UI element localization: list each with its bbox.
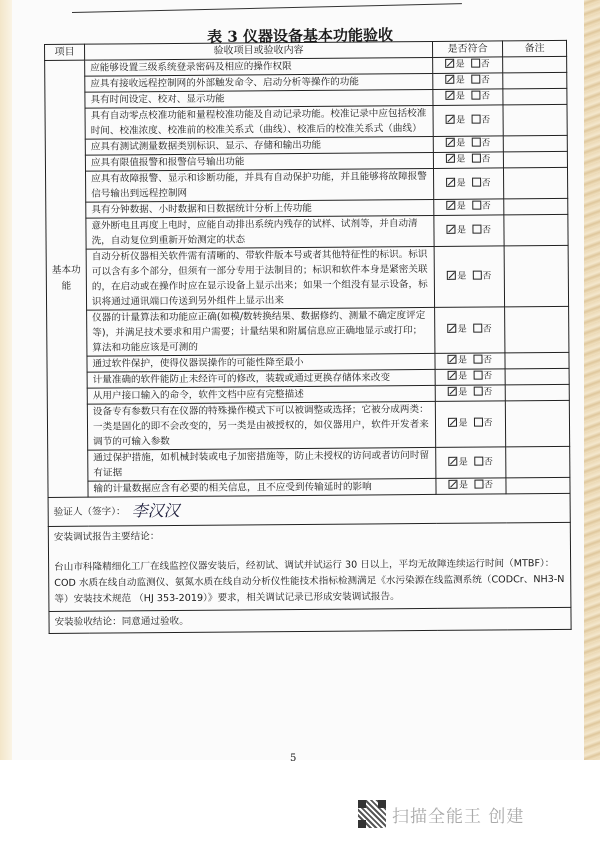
remarks-cell (505, 368, 569, 385)
compliance-cell: 是否 (435, 353, 505, 370)
verifier-label: 验证人（签字）： (54, 506, 126, 518)
yes-checkbox[interactable] (448, 324, 457, 333)
acceptance-conclusion: 安装验收结论：同意通过验收。 (49, 607, 571, 633)
remarks-cell (506, 446, 570, 478)
no-checkbox[interactable] (474, 456, 483, 465)
remarks-cell (503, 151, 567, 168)
no-checkbox[interactable] (473, 324, 482, 333)
no-label: 否 (483, 324, 492, 334)
no-checkbox[interactable] (473, 355, 482, 364)
acceptance-row: 安装验收结论：同意通过验收。 (49, 607, 571, 633)
scanner-watermark: 扫描全能王 创建 (358, 800, 524, 828)
requirement-text: 具有自动零点校准功能和量程校准功能及自动记录功能。校准记录中应包括校准时间、校准… (85, 105, 433, 139)
qr-code-icon (358, 800, 386, 828)
no-label: 否 (481, 60, 490, 70)
no-label: 否 (483, 355, 492, 365)
yes-checkbox[interactable] (446, 114, 455, 123)
no-checkbox[interactable] (473, 418, 482, 427)
yes-label: 是 (456, 155, 465, 165)
no-label: 否 (481, 91, 490, 101)
yes-label: 是 (456, 76, 465, 86)
remarks-cell (505, 306, 569, 353)
table-row: 应具有故障报警、显示和诊断功能，并具有自动保护功能，并且能够将故障报警信号输出到… (46, 167, 568, 202)
conclusion-row: 安装调试报告主要结论： 台山市科隆精细化工厂在线监控仪器安装后，经初试、调试并试… (48, 522, 571, 611)
remarks-cell (505, 384, 569, 401)
no-label: 否 (481, 138, 490, 148)
yes-label: 是 (459, 457, 468, 467)
no-label: 否 (482, 271, 491, 281)
verifier-signature: 李汉汉 (132, 501, 180, 520)
yes-checkbox[interactable] (447, 224, 456, 233)
table-body: 基本功能应能够设置三级系统登录密码及相应的操作权限是否应具有接收远程控制网的外部… (45, 56, 570, 497)
no-checkbox[interactable] (472, 270, 481, 279)
no-checkbox[interactable] (471, 91, 480, 100)
remarks-cell (505, 400, 569, 447)
conclusion-body: 台山市科隆精细化工厂在线监控仪器安装后，经初试、调试并试运行 30 日以上，平均… (54, 556, 565, 608)
compliance-cell: 是否 (436, 447, 506, 479)
remarks-cell (504, 198, 568, 215)
no-label: 否 (482, 225, 491, 235)
compliance-cell: 是否 (436, 478, 506, 495)
no-label: 否 (481, 115, 490, 125)
requirement-text: 仪器的计量算法和功能应正确(如模/数转换结果、数据修约、测量不确定度评定等)，并… (87, 307, 435, 356)
requirement-text: 通过保护措施，如机械封装或电子加密措施等，防止未授权的访问或者访问时留有证据 (88, 447, 436, 481)
remarks-cell (503, 135, 567, 152)
requirement-text: 意外断电且再度上电时，应能自动排出系统内残存的试样、试剂等，并自动清洗，自动复位… (86, 215, 434, 249)
requirement-text: 设备专有参数只有在仪器的特殊操作模式下可以被调整或选择；它被分成两类：一类是固化… (87, 401, 435, 450)
remarks-cell (506, 477, 570, 494)
remarks-cell (503, 167, 567, 199)
yes-label: 是 (456, 115, 465, 125)
compliance-cell: 是否 (433, 57, 503, 74)
remarks-cell (504, 214, 568, 246)
header-compliance: 是否符合 (432, 41, 502, 58)
table-row: 意外断电且再度上电时，应能自动排出系统内残存的试样、试剂等，并自动清洗，自动复位… (46, 214, 568, 249)
acceptance-table-container: 项目 验收项目或验收内容 是否符合 备注 基本功能应能够设置三级系统登录密码及相… (44, 40, 571, 634)
requirement-text: 自动分析仪器相关软件需有清晰的、带软件版本号或者其他特征性的标识。标识可以含有多… (86, 246, 434, 310)
compliance-cell: 是否 (433, 73, 503, 90)
compliance-cell: 是否 (433, 152, 503, 169)
compliance-cell: 是否 (433, 89, 503, 106)
no-checkbox[interactable] (472, 201, 481, 210)
yes-checkbox[interactable] (446, 154, 455, 163)
no-checkbox[interactable] (472, 177, 481, 186)
table-row: 通过保护措施，如机械封装或电子加密措施等，防止未授权的访问或者访问时留有证据是否 (48, 446, 570, 481)
no-checkbox[interactable] (474, 480, 483, 489)
header-item: 项目 (45, 44, 85, 60)
acceptance-table: 项目 验收项目或验收内容 是否符合 备注 基本功能应能够设置三级系统登录密码及相… (44, 40, 572, 634)
compliance-cell: 是否 (433, 136, 503, 153)
no-label: 否 (481, 75, 490, 85)
verification-row: 验证人（签字）：李汉汉 (48, 493, 570, 526)
no-checkbox[interactable] (472, 224, 481, 233)
no-checkbox[interactable] (471, 154, 480, 163)
no-checkbox[interactable] (471, 114, 480, 123)
compliance-cell: 是否 (435, 385, 505, 402)
compliance-cell: 是否 (434, 215, 504, 247)
no-label: 否 (484, 480, 493, 490)
yes-checkbox[interactable] (449, 456, 458, 465)
yes-checkbox[interactable] (447, 270, 456, 279)
yes-checkbox[interactable] (447, 177, 456, 186)
watermark-text: 扫描全能王 创建 (392, 802, 524, 827)
compliance-cell: 是否 (433, 168, 503, 200)
compliance-cell: 是否 (435, 307, 505, 354)
yes-label: 是 (459, 481, 468, 491)
no-label: 否 (481, 154, 490, 164)
remarks-cell (505, 352, 569, 369)
yes-checkbox[interactable] (446, 138, 455, 147)
compliance-cell: 是否 (433, 105, 503, 137)
compliance-cell: 是否 (434, 199, 504, 216)
remarks-cell (503, 72, 567, 89)
yes-label: 是 (457, 202, 466, 212)
no-checkbox[interactable] (471, 138, 480, 147)
yes-label: 是 (458, 356, 467, 366)
page-number: 5 (290, 753, 296, 764)
yes-label: 是 (457, 225, 466, 235)
yes-checkbox[interactable] (446, 75, 455, 84)
yes-label: 是 (458, 372, 467, 382)
remarks-cell (504, 245, 568, 307)
yes-checkbox[interactable] (448, 418, 457, 427)
compliance-cell: 是否 (434, 246, 504, 308)
yes-checkbox[interactable] (448, 371, 457, 380)
remarks-cell (503, 104, 567, 136)
no-label: 否 (483, 418, 492, 428)
table-row: 仪器的计量算法和功能应正确(如模/数转换结果、数据修约、测量不确定度评定等)，并… (47, 306, 569, 356)
yes-label: 是 (458, 388, 467, 398)
yes-checkbox[interactable] (448, 387, 457, 396)
no-label: 否 (483, 387, 492, 397)
remarks-cell (503, 88, 567, 105)
yes-label: 是 (456, 139, 465, 149)
yes-label: 是 (458, 419, 467, 429)
compliance-cell: 是否 (435, 369, 505, 386)
remarks-cell (503, 56, 567, 73)
no-checkbox[interactable] (473, 387, 482, 396)
yes-label: 是 (456, 92, 465, 102)
no-checkbox[interactable] (473, 371, 482, 380)
table-row: 具有自动零点校准功能和量程校准功能及自动记录功能。校准记录中应包括校准时间、校准… (45, 104, 567, 139)
no-checkbox[interactable] (471, 75, 480, 84)
yes-checkbox[interactable] (447, 201, 456, 210)
no-label: 否 (484, 457, 493, 467)
compliance-cell: 是否 (435, 401, 505, 448)
table-row: 设备专有参数只有在仪器的特殊操作模式下可以被调整或选择；它被分成两类：一类是固化… (47, 400, 569, 450)
yes-checkbox[interactable] (446, 91, 455, 100)
yes-checkbox[interactable] (449, 480, 458, 489)
no-label: 否 (482, 201, 491, 211)
yes-label: 是 (457, 178, 466, 188)
category-cell: 基本功能 (45, 60, 88, 497)
yes-checkbox[interactable] (448, 355, 457, 364)
no-checkbox[interactable] (471, 59, 480, 68)
yes-checkbox[interactable] (446, 59, 455, 68)
table-row: 自动分析仪器相关软件需有清晰的、带软件版本号或者其他特征性的标识。标识可以含有多… (46, 245, 568, 310)
yes-label: 是 (457, 271, 466, 281)
no-label: 否 (482, 178, 491, 188)
yes-label: 是 (456, 60, 465, 70)
no-label: 否 (483, 371, 492, 381)
header-remarks: 备注 (502, 40, 566, 57)
yes-label: 是 (458, 325, 467, 335)
requirement-text: 应具有故障报警、显示和诊断功能，并具有自动保护功能，并且能够将故障报警信号输出到… (86, 168, 434, 202)
